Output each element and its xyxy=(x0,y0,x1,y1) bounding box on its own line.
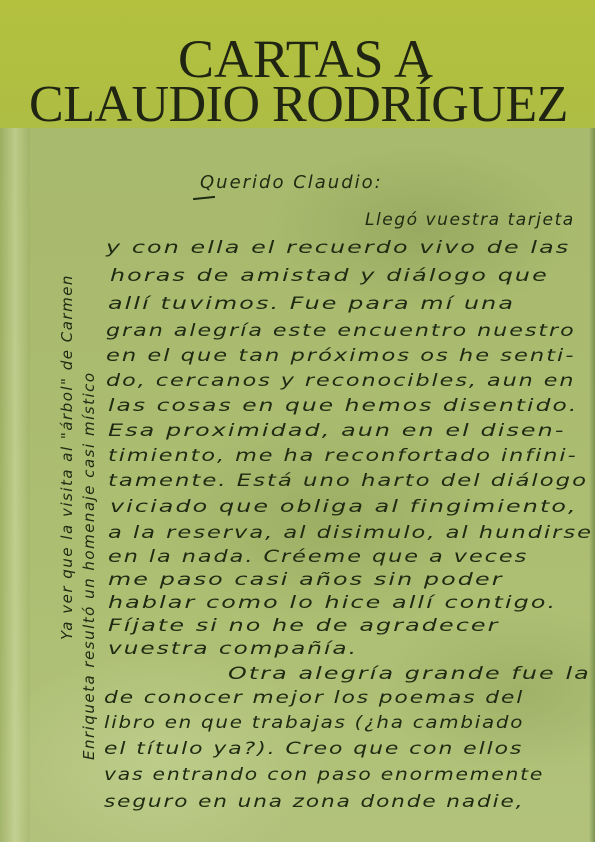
margin-note-2: Enriqueta resultó un homenaje casi místi… xyxy=(80,371,98,760)
letter-line: do, cercanos y reconocibles, aun en xyxy=(106,371,575,391)
letter-line: vuestra compañía. xyxy=(108,639,358,659)
letter-line: viciado que obliga al fingimiento, xyxy=(110,497,578,517)
letter-line: de conocer mejor los poemas del xyxy=(104,688,524,708)
letter-line: las cosas en que hemos disentido. xyxy=(108,396,578,416)
letter-line: en la nada. Créeme que a veces xyxy=(108,547,528,567)
letter-line: Fíjate si no he de agradecer xyxy=(108,616,500,636)
letter-line: Otra alegría grande fue la xyxy=(228,664,591,684)
letter-line: en el que tan próximos os he senti- xyxy=(106,346,575,366)
letter-line: allí tuvimos. Fue para mí una xyxy=(108,294,515,314)
letter-line: libro en que trabajas (¿ha cambiado xyxy=(104,713,524,733)
letter-salutation: Querido Claudio: xyxy=(200,172,383,193)
letter-line: gran alegría este encuentro nuestro xyxy=(106,321,576,341)
letter-line: Llegó vuestra tarjeta xyxy=(365,210,575,230)
letter-line: seguro en una zona donde nadie, xyxy=(104,792,524,812)
letter-line: a la reserva, al disimulo, al hundirse xyxy=(108,523,593,543)
letter-line: vas entrando con paso enormemente xyxy=(104,765,544,785)
letter-line: y con ella el recuerdo vivo de las xyxy=(106,238,570,258)
letter-line: Esa proximidad, aun en el disen- xyxy=(108,421,566,441)
margin-note-1: Ya ver que la visita al "árbol" de Carme… xyxy=(58,274,76,640)
title-line-2: CLAUDIO RODRÍGUEZ xyxy=(0,75,595,134)
letter-line: el título ya?). Creo que con ellos xyxy=(104,739,523,759)
letter-line: timiento, me ha reconfortado infini- xyxy=(108,446,578,466)
letter-line: tamente. Está uno harto del diálogo xyxy=(108,471,588,491)
letter-line: hablar como lo hice allí contigo. xyxy=(108,593,557,613)
letter-line: horas de amistad y diálogo que xyxy=(110,266,549,286)
page-edge-shadow xyxy=(589,120,595,842)
letter-line: me paso casi años sin poder xyxy=(108,570,504,590)
